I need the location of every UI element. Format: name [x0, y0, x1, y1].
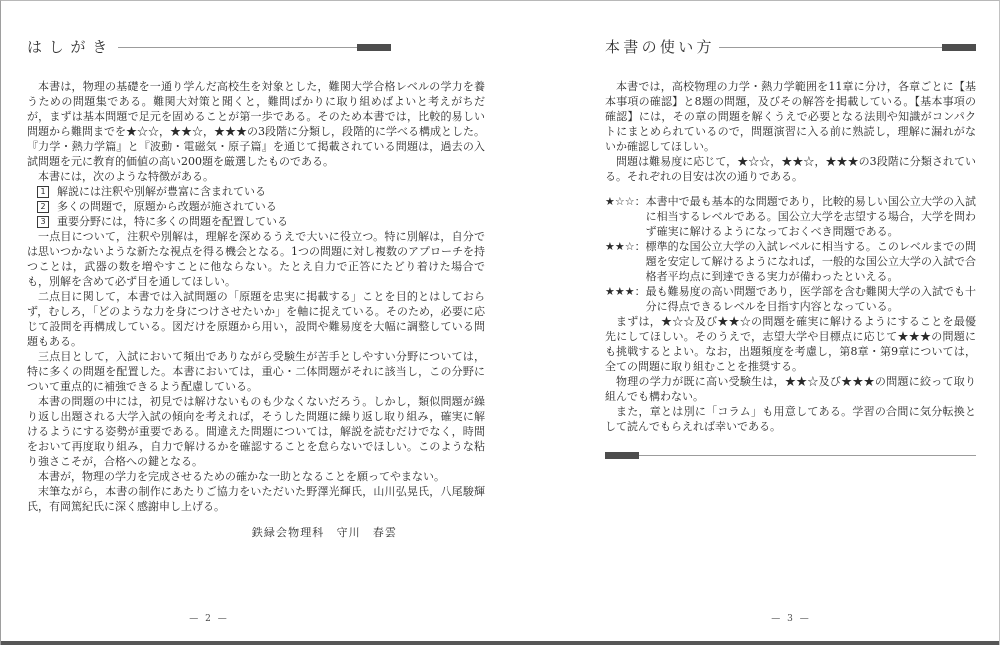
page-number-right: — 3 — [771, 614, 810, 624]
boxed-number: 3 [37, 216, 49, 228]
paragraph: 本書では，高校物理の力学・熱力学範囲を11章に分け，各章ごとに【基本事項の確認】… [605, 79, 976, 154]
difficulty-stars-label: ★★★： [605, 284, 646, 314]
page-number-left: — 2 — [189, 614, 228, 624]
paragraph: また，章とは別に「コラム」も用意してある。学習の合間に気分転換として読んでもらえ… [605, 404, 976, 434]
paragraph: 本書は，物理の基礎を一通り学んだ高校生を対象とした，難関大学合格レベルの学力を養… [27, 79, 485, 169]
difficulty-stars-label: ★☆☆： [605, 194, 646, 239]
section-end-rule [605, 452, 976, 459]
feature-item: 1 解説には注釈や別解が豊富に含まれている [27, 184, 485, 199]
difficulty-stars-label: ★★☆： [605, 239, 646, 284]
paragraph: まずは，★☆☆及び★★☆の問題を確実に解けるようにすることを最優先にしてほしい。… [605, 314, 976, 374]
page-left-preface: はしがき 本書は，物理の基礎を一通り学んだ高校生を対象とした，難関大学合格レベル… [27, 39, 485, 540]
difficulty-level-item: ★★★： 最も難易度の高い問題であり，医学部を含む難関大学の入試でも十分に得点で… [605, 284, 976, 314]
paragraph: 問題は難易度に応じて，★☆☆，★★☆，★★★の3段階に分類されている。それぞれの… [605, 154, 976, 184]
difficulty-level-item: ★☆☆： 本書中で最も基本的な問題であり，比較的易しい国公立大学の入試に相当する… [605, 194, 976, 239]
scan-bottom-edge [1, 641, 999, 645]
paragraph: 本書が，物理の学力を完成させるための確かな一助となることを願ってやまない。 [27, 469, 485, 484]
author-signature: 鉄緑会物理科 守川 春雲 [27, 524, 485, 540]
paragraph: 一点目について，注釈や別解は，理解を深めるうえで大いに役立つ。特に別解は，自分で… [27, 229, 485, 289]
paragraph: 二点目に関して，本書では入試問題の「原題を忠実に掲載する」ことを目的とはしておら… [27, 289, 485, 349]
book-spread: はしがき 本書は，物理の基礎を一通り学んだ高校生を対象とした，難関大学合格レベル… [0, 0, 1000, 645]
paragraph: 物理の学力が既に高い受験生は，★★☆及び★★★の問題に絞って取り組んでも構わない… [605, 374, 976, 404]
feature-text: 解説には注釈や別解が豊富に含まれている [57, 184, 485, 199]
difficulty-description: 最も難易度の高い問題であり，医学部を含む難関大学の入試でも十分に得点できるレベル… [646, 284, 976, 314]
heading-rule-line [719, 47, 942, 48]
right-heading: 本書の使い方 [605, 39, 976, 55]
right-body: 本書では，高校物理の力学・熱力学範囲を11章に分け，各章ごとに【基本事項の確認】… [605, 79, 976, 434]
paragraph: 本書の問題の中には，初見では解けないものも少なくないだろう。しかし，類似問題が繰… [27, 394, 485, 469]
boxed-number: 2 [37, 201, 49, 213]
feature-item: 2 多くの問題で，原題から改題が施されている [27, 199, 485, 214]
features-intro: 本書には，次のような特徴がある。 [27, 169, 485, 184]
right-page-title: 本書の使い方 [605, 39, 715, 55]
heading-rule-end-bar [942, 44, 976, 51]
difficulty-level-list: ★☆☆： 本書中で最も基本的な問題であり，比較的易しい国公立大学の入試に相当する… [605, 194, 976, 314]
paragraph: 末筆ながら，本書の制作にあたりご協力をいただいた野澤光輝氏，山川弘晃氏，八尾駿輝… [27, 484, 485, 514]
rule-line [639, 455, 976, 456]
rule-start-bar [605, 452, 639, 459]
difficulty-description: 本書中で最も基本的な問題であり，比較的易しい国公立大学の入試に相当するレベルであ… [646, 194, 976, 239]
left-heading: はしがき [27, 39, 391, 55]
heading-rule-line [118, 47, 357, 48]
page-right-usage: 本書の使い方 本書では，高校物理の力学・熱力学範囲を11章に分け，各章ごとに【基… [605, 39, 976, 459]
left-page-title: はしがき [27, 39, 114, 55]
paragraph: 三点目として，入試において頻出でありながら受験生が苦手としやすい分野については，… [27, 349, 485, 394]
feature-item: 3 重要分野には，特に多くの問題を配置している [27, 214, 485, 229]
feature-text: 重要分野には，特に多くの問題を配置している [57, 214, 485, 229]
feature-text: 多くの問題で，原題から改題が施されている [57, 199, 485, 214]
heading-rule-end-bar [357, 44, 391, 51]
left-body: 本書は，物理の基礎を一通り学んだ高校生を対象とした，難関大学合格レベルの学力を養… [27, 79, 485, 514]
boxed-number: 1 [37, 186, 49, 198]
difficulty-description: 標準的な国公立大学の入試レベルに相当する。このレベルまでの問題を安定して解けるよ… [646, 239, 976, 284]
difficulty-level-item: ★★☆： 標準的な国公立大学の入試レベルに相当する。このレベルまでの問題を安定し… [605, 239, 976, 284]
